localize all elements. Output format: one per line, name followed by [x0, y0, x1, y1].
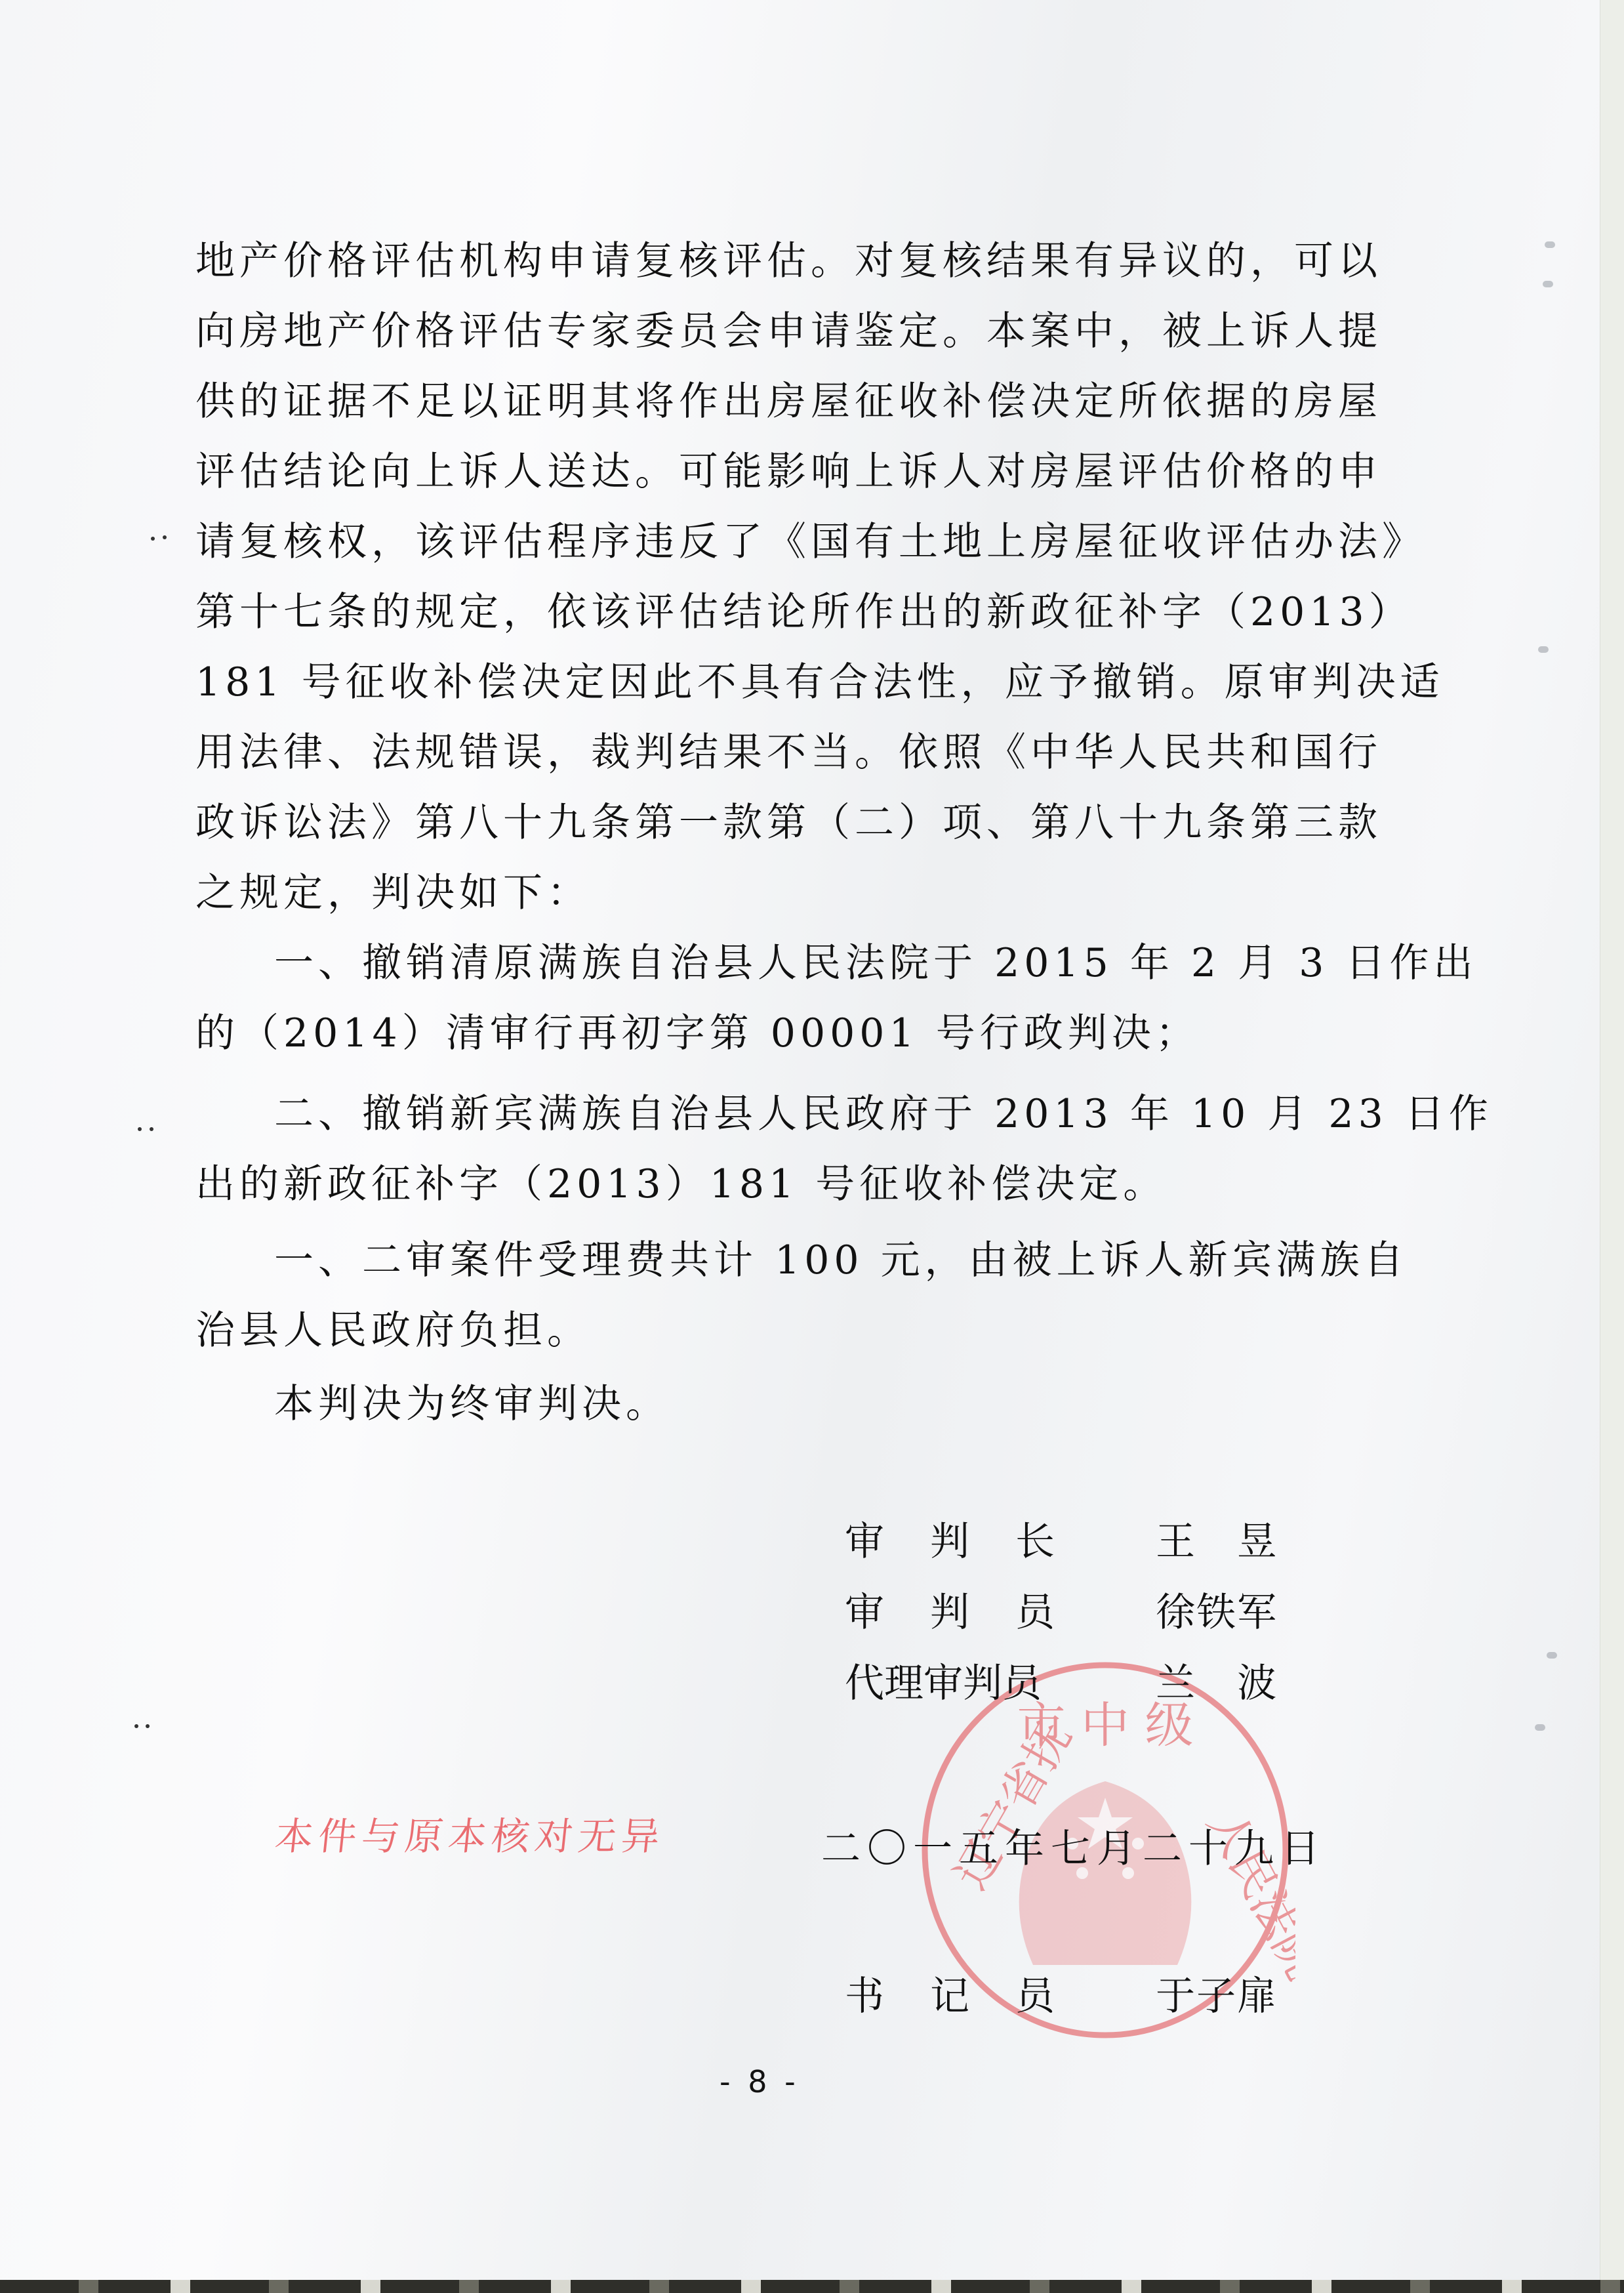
body-line: 181 号征收补偿决定因此不具有合法性，应予撤销。原审判决适 — [195, 648, 1415, 718]
margin-dot-icon — [151, 537, 155, 541]
body-line: 用法律、法规错误，裁判结果不当。依照《中华人民共和国行 — [195, 718, 1415, 788]
margin-dot-icon — [146, 1724, 150, 1728]
judgment-body-text: 地产价格评估机构申请复核评估。对复核结果有异议的，可以 向房地产价格评估专家委员… — [195, 226, 1415, 928]
signature-acting-judge: 代理审判员 兰 波 — [845, 1652, 1278, 1708]
verdict-line: 治县人民政府负担。 — [195, 1296, 1415, 1366]
scan-edge-bottom — [0, 2280, 1624, 2293]
body-line: 之规定，判决如下： — [195, 858, 1415, 928]
signature-name: 于子扉 — [1133, 1965, 1278, 2021]
verdict-item-costs: 一、二审案件受理费共计 100 元，由被上诉人新宾满族自 治县人民政府负担。 — [195, 1226, 1415, 1366]
binding-hole-icon — [1538, 646, 1549, 653]
signature-name: 兰 波 — [1133, 1652, 1278, 1708]
verdict-line: 的（2014）清审行再初字第 00001 号行政判决； — [195, 999, 1415, 1069]
certification-stamp: 本件与原本核对无异 — [273, 1806, 668, 1861]
body-line: 地产价格评估机构申请复核评估。对复核结果有异议的，可以 — [195, 226, 1415, 297]
binding-hole-icon — [1543, 281, 1553, 287]
final-statement: 本判决为终审判决。 — [195, 1369, 1415, 1439]
margin-dot-icon — [138, 1127, 142, 1131]
judgment-date: 二〇一五年七月二十九日 — [821, 1817, 1326, 1874]
body-line: 请复核权，该评估程序违反了《国有土地上房屋征收评估办法》 — [195, 507, 1415, 577]
verdict-line: 出的新政征补字（2013）181 号征收补偿决定。 — [195, 1149, 1415, 1220]
margin-dot-icon — [134, 1724, 138, 1728]
signature-judge: 审判员 徐铁军 — [845, 1581, 1278, 1638]
binding-hole-icon — [1535, 1724, 1545, 1731]
margin-dot-icon — [163, 535, 167, 539]
signature-chief-judge: 审判长 王 昱 — [845, 1510, 1278, 1567]
verdict-line: 二、撤销新宾满族自治县人民政府于 2013 年 10 月 23 日作 — [195, 1079, 1415, 1149]
verdict-item-2: 二、撤销新宾满族自治县人民政府于 2013 年 10 月 23 日作 出的新政征… — [195, 1079, 1415, 1220]
signature-role: 代理审判员 — [845, 1652, 1120, 1708]
signature-name: 王 昱 — [1133, 1510, 1278, 1567]
signature-role: 审判员 — [845, 1581, 1120, 1638]
final-statement-text: 本判决为终审判决。 — [195, 1369, 1415, 1439]
page-number: - 8 - — [720, 2064, 800, 2099]
binding-hole-icon — [1547, 1652, 1557, 1659]
binding-hole-icon — [1545, 241, 1555, 248]
signature-role: 书记员 — [845, 1965, 1120, 2021]
scan-edge-right — [1600, 0, 1624, 2280]
verdict-item-1: 一、撤销清原满族自治县人民法院于 2015 年 2 月 3 日作出 的（2014… — [195, 928, 1415, 1069]
body-line: 评估结论向上诉人送达。可能影响上诉人对房屋评估价格的申 — [195, 437, 1415, 507]
signature-clerk: 书记员 于子扉 — [845, 1965, 1278, 2021]
body-line: 供的证据不足以证明其将作出房屋征收补偿决定所依据的房屋 — [195, 367, 1415, 437]
document-page: 地产价格评估机构申请复核评估。对复核结果有异议的，可以 向房地产价格评估专家委员… — [0, 0, 1600, 2280]
verdict-line: 一、二审案件受理费共计 100 元，由被上诉人新宾满族自 — [195, 1226, 1415, 1296]
body-line: 政诉讼法》第八十九条第一款第（二）项、第八十九条第三款 — [195, 788, 1415, 858]
signature-role: 审判长 — [845, 1510, 1120, 1567]
margin-dot-icon — [150, 1127, 153, 1131]
verdict-line: 一、撤销清原满族自治县人民法院于 2015 年 2 月 3 日作出 — [195, 928, 1415, 999]
body-line: 第十七条的规定，依该评估结论所作出的新政征补字（2013） — [195, 577, 1415, 648]
body-line: 向房地产价格评估专家委员会申请鉴定。本案中，被上诉人提 — [195, 297, 1415, 367]
signature-name: 徐铁军 — [1133, 1581, 1278, 1638]
